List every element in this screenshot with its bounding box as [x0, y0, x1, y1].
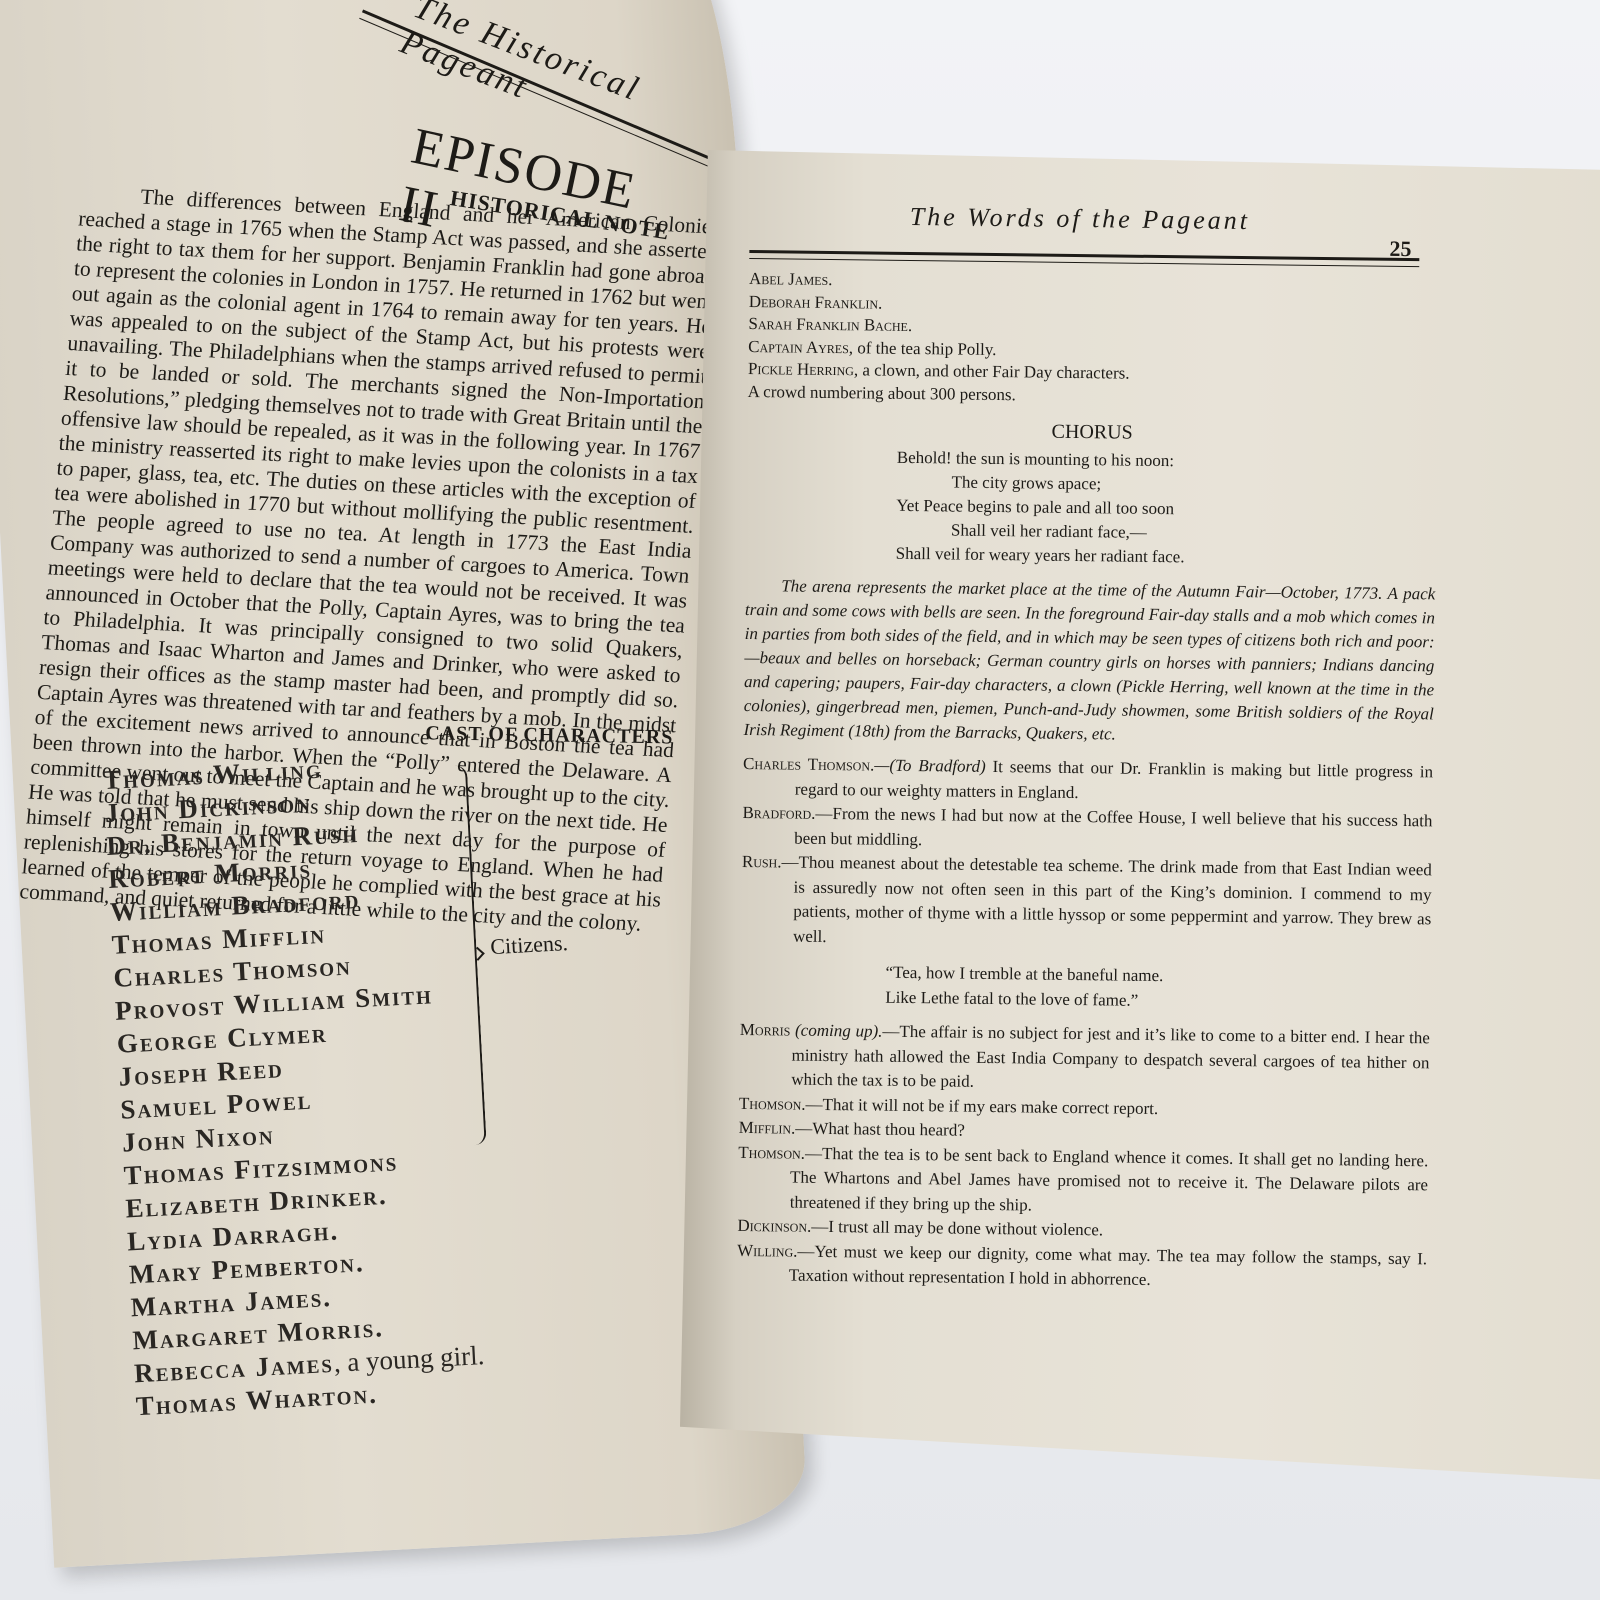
- right-page-body: Abel James. Deborah Franklin. Sarah Fran…: [737, 268, 1439, 1296]
- cast-member-name: Pickle Herring: [748, 359, 854, 379]
- right-page-content: The Words of the Pageant 25 Abel James. …: [750, 200, 1440, 208]
- speaker-name: Dickinson.: [737, 1216, 811, 1236]
- speech-text: —That the tea is to be sent back to Engl…: [790, 1143, 1429, 1214]
- speech-text: —The affair is no subject for jest and i…: [791, 1022, 1430, 1091]
- speech-text: —Yet must we keep our dignity, come what…: [789, 1241, 1427, 1289]
- quoted-verse: “Tea, how I tremble at the baneful name.…: [885, 960, 1431, 1017]
- speaker-name: Rush.: [742, 852, 782, 871]
- crowd-description: A crowd numbering about 300 persons.: [748, 381, 1016, 403]
- running-head-rule-right: [749, 250, 1419, 267]
- dialogue-line: Willing.—Yet must we keep our dignity, c…: [737, 1238, 1428, 1295]
- cast-member-name: Sarah Franklin Bache.: [748, 314, 912, 335]
- speech-text: —I trust all may be done without violenc…: [811, 1217, 1103, 1240]
- chorus-verse: Behold! the sun is mounting to his noon:…: [896, 446, 1437, 573]
- dialogue-line: Charles Thomson.—(To Bradford) It seems …: [743, 752, 1434, 809]
- cast-member-name: Captain Ayres: [748, 336, 849, 356]
- stage-direction: The arena represents the market place at…: [743, 574, 1435, 750]
- speech-text: —Thou meanest about the detestable tea s…: [781, 852, 1432, 945]
- speaker-name: Willing.: [737, 1240, 798, 1260]
- running-head-right: The Words of the Pageant: [910, 202, 1251, 236]
- speech-text: —What hast thou heard?: [795, 1119, 965, 1140]
- dramatis-personae-continued: Abel James. Deborah Franklin. Sarah Fran…: [748, 268, 1440, 411]
- speaker-name: Bradford.: [742, 803, 815, 823]
- dialogue-line: Rush.—Thou meanest about the detestable …: [741, 850, 1432, 956]
- speaker-direction: (coming up).: [790, 1021, 882, 1041]
- cast-list: Thomas Willing John Dickinson Dr. Benjam…: [102, 742, 556, 1423]
- cast-member-name: Deborah Franklin.: [749, 291, 883, 312]
- speech-text: —From the news I had but now at the Coff…: [794, 804, 1432, 849]
- dialogue-line: Morris (coming up).—The affair is no sub…: [739, 1018, 1430, 1100]
- verse-line: Like Lethe fatal to the love of fame.”: [885, 985, 1430, 1017]
- dialogue-line: Bradford.—From the news I had but now at…: [742, 801, 1433, 858]
- chorus-heading: CHORUS: [747, 417, 1437, 448]
- speaker-name: Morris: [740, 1020, 791, 1040]
- speaker-name: Charles Thomson.: [743, 754, 874, 775]
- speech-text: —That it will not be if my ears make cor…: [806, 1094, 1159, 1117]
- speaker-direction: —(To Bradford): [874, 756, 986, 776]
- cast-member-name: Abel James.: [749, 269, 833, 289]
- right-page: The Words of the Pageant 25 Abel James. …: [680, 150, 1600, 1480]
- speaker-name: Thomson.: [739, 1093, 806, 1113]
- cast-member-description: , a clown, and other Fair Day characters…: [854, 360, 1130, 382]
- cast-member-description: , a young girl.: [333, 1340, 485, 1378]
- dialogue-line: Thomson.—That the tea is to be sent back…: [738, 1140, 1429, 1222]
- cast-member-description: , of the tea ship Polly.: [849, 338, 997, 359]
- citizens-label: Citizens.: [490, 930, 569, 960]
- speaker-name: Thomson.: [738, 1142, 805, 1162]
- speaker-name: Mifflin.: [739, 1118, 796, 1138]
